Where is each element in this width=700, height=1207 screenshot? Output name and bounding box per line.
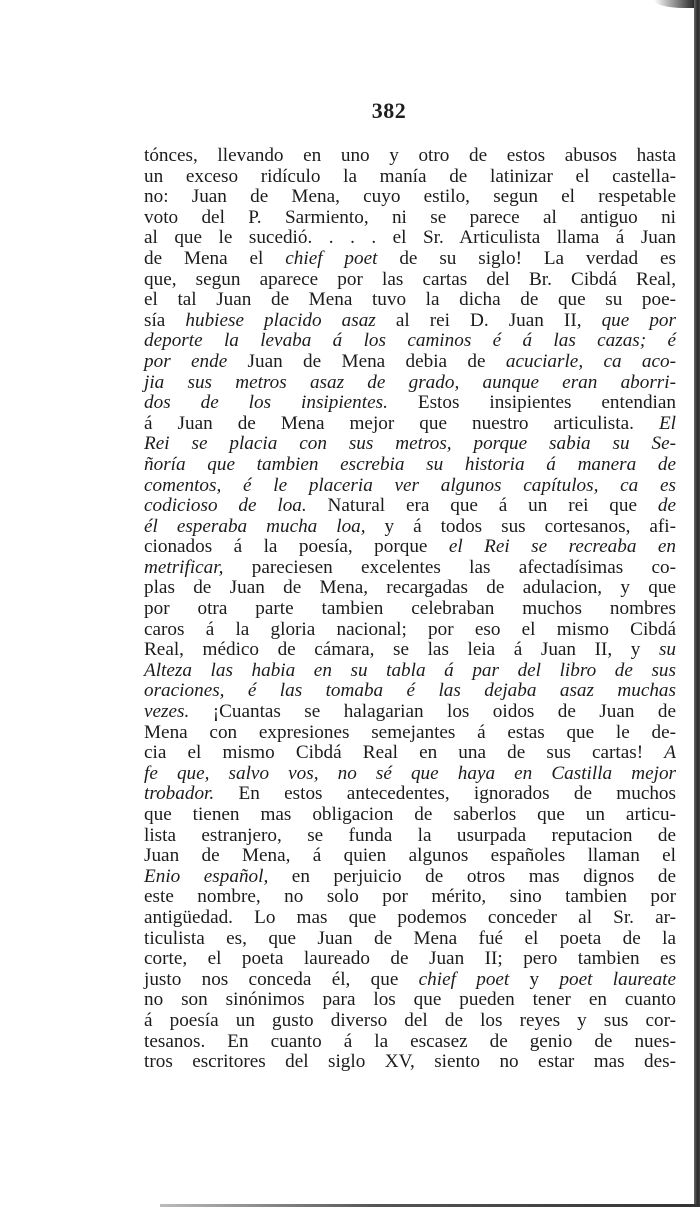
text-segment: en perjuicio de otros mas dignos de	[268, 866, 676, 887]
text-segment: al rei D. Juan II,	[376, 310, 602, 331]
text-line: fe que, salvo vos, no sé que haya en Cas…	[144, 764, 676, 785]
italic-text: dos de los insipientes.	[144, 392, 388, 413]
text-segment: ticulista es, que Juan de Mena fué el po…	[144, 928, 676, 949]
text-line: trobador. En estos antecedentes, ignorad…	[144, 784, 676, 805]
italic-text: metrificar,	[144, 557, 223, 578]
text-segment: En estos antecedentes, ignorados de much…	[214, 783, 676, 804]
text-line: ñoría que tambien escrebia su historia á…	[144, 455, 676, 476]
text-line: al que le sucedió. . . . el Sr. Articuli…	[144, 228, 676, 249]
text-line: caros á la gloria nacional; por eso el m…	[144, 620, 676, 641]
italic-text: chief poet	[285, 248, 377, 269]
text-segment: no son sinónimos para los que pueden ten…	[144, 989, 676, 1010]
text-line: no son sinónimos para los que pueden ten…	[144, 990, 676, 1011]
scan-edge-corner	[654, 0, 694, 8]
italic-text: por ende	[144, 351, 227, 372]
scan-edge-right	[694, 0, 700, 1207]
italic-text: vezes.	[144, 701, 189, 722]
text-line: este nombre, no solo por mérito, sino ta…	[144, 887, 676, 908]
text-segment: ¡Cuantas se halagarian los oidos de Juan…	[189, 701, 676, 722]
text-segment: cia el mismo Cibdá Real en una de sus ca…	[144, 742, 664, 763]
italic-text: Rei se placia con sus metros, porque sab…	[144, 433, 676, 454]
text-segment: Mena con expresiones semejantes á estas …	[144, 722, 676, 743]
text-segment: Real, médico de cámara, se las leia á Ju…	[144, 639, 659, 660]
italic-text: El	[659, 413, 676, 434]
text-segment: plas de Juan de Mena, recargadas de adul…	[144, 577, 676, 598]
text-segment: Juan de Mena debia de	[227, 351, 506, 372]
text-segment: antigüedad. Lo mas que podemos conceder …	[144, 907, 676, 928]
text-segment: este nombre, no solo por mérito, sino ta…	[144, 886, 676, 907]
text-line: antigüedad. Lo mas que podemos conceder …	[144, 908, 676, 929]
text-line: á poesía un gusto diverso del de los rey…	[144, 1011, 676, 1032]
text-line: Alteza las habia en su tabla á par del l…	[144, 661, 676, 682]
text-segment: cionados á la poesía, porque	[144, 536, 449, 557]
text-segment: el tal Juan de Mena tuvo la dicha de que…	[144, 289, 676, 310]
page-number: 382	[0, 98, 700, 124]
text-segment: un exceso ridículo la manía de latinizar…	[144, 166, 676, 187]
italic-text: trobador.	[144, 783, 214, 804]
book-page: 382 tónces, llevando en uno y otro de es…	[0, 0, 700, 1207]
text-line: Juan de Mena, á quien algunos españoles …	[144, 846, 676, 867]
text-segment: justo nos conceda él, que	[144, 969, 419, 990]
italic-text: Alteza las habia en su tabla á par del l…	[144, 660, 676, 681]
text-segment: de Mena el	[144, 248, 285, 269]
text-line: tónces, llevando en uno y otro de estos …	[144, 146, 676, 167]
text-segment: tros escritores del siglo XV, siento no …	[144, 1051, 676, 1072]
text-segment: lista estranjero, se funda la usurpada r…	[144, 825, 676, 846]
text-segment: á Juan de Mena mejor que nuestro articul…	[144, 413, 659, 434]
text-line: á Juan de Mena mejor que nuestro articul…	[144, 414, 676, 435]
text-segment: voto del P. Sarmiento, ni se parece al a…	[144, 207, 676, 228]
italic-text: jia sus metros asaz de grado, aunque era…	[144, 372, 676, 393]
text-segment: Juan de Mena, á quien algunos españoles …	[144, 845, 676, 866]
italic-text: él esperaba mucha loa,	[144, 516, 366, 537]
italic-text: acuciarle, ca aco-	[506, 351, 676, 372]
text-segment: que, segun aparece por las cartas del Br…	[144, 269, 676, 290]
text-line: ticulista es, que Juan de Mena fué el po…	[144, 929, 676, 950]
text-line: Real, médico de cámara, se las leia á Ju…	[144, 640, 676, 661]
text-line: lista estranjero, se funda la usurpada r…	[144, 826, 676, 847]
text-segment: Natural era que á un rei que	[307, 495, 658, 516]
italic-text: deporte la levaba á los caminos é á las …	[144, 330, 676, 351]
italic-text: chief poet	[419, 969, 510, 990]
italic-text: ñoría que tambien escrebia su historia á…	[144, 454, 676, 475]
text-line: por otra parte tambien celebraban muchos…	[144, 599, 676, 620]
text-line: el tal Juan de Mena tuvo la dicha de que…	[144, 290, 676, 311]
text-line: cia el mismo Cibdá Real en una de sus ca…	[144, 743, 676, 764]
text-segment: á poesía un gusto diverso del de los rey…	[144, 1010, 676, 1031]
text-line: jia sus metros asaz de grado, aunque era…	[144, 373, 676, 394]
text-line: que tienen mas obligacion de saberlos qu…	[144, 805, 676, 826]
text-line: plas de Juan de Mena, recargadas de adul…	[144, 578, 676, 599]
text-line: dos de los insipientes. Estos insipiente…	[144, 393, 676, 414]
text-segment: y	[509, 969, 559, 990]
text-line: vezes. ¡Cuantas se halagarian los oidos …	[144, 702, 676, 723]
text-segment: de su siglo! La verdad es	[377, 248, 676, 269]
text-line: metrificar, pareciesen excelentes las af…	[144, 558, 676, 579]
text-line: un exceso ridículo la manía de latinizar…	[144, 167, 676, 188]
italic-text: oraciones, é las tomaba é las dejaba asa…	[144, 680, 676, 701]
italic-text: el Rei se recreaba en	[449, 536, 676, 557]
text-segment: al que le sucedió. . . . el Sr. Articuli…	[144, 227, 676, 248]
text-line: por ende Juan de Mena debia de acuciarle…	[144, 352, 676, 373]
italic-text: codicioso de loa.	[144, 495, 307, 516]
text-line: que, segun aparece por las cartas del Br…	[144, 270, 676, 291]
text-line: comentos, é le placeria ver algunos capí…	[144, 476, 676, 497]
text-line: oraciones, é las tomaba é las dejaba asa…	[144, 681, 676, 702]
text-segment: que tienen mas obligacion de saberlos qu…	[144, 804, 676, 825]
italic-text: su	[659, 639, 676, 660]
text-segment: Estos insipientes entendian	[388, 392, 676, 413]
text-line: cionados á la poesía, porque el Rei se r…	[144, 537, 676, 558]
text-line: tros escritores del siglo XV, siento no …	[144, 1052, 676, 1073]
text-line: él esperaba mucha loa, y á todos sus cor…	[144, 517, 676, 538]
text-segment: caros á la gloria nacional; por eso el m…	[144, 619, 676, 640]
text-line: Mena con expresiones semejantes á estas …	[144, 723, 676, 744]
italic-text: de	[658, 495, 676, 516]
text-segment: no: Juan de Mena, cuyo estilo, segun el …	[144, 186, 676, 207]
text-line: voto del P. Sarmiento, ni se parece al a…	[144, 208, 676, 229]
italic-text: fe que, salvo vos, no sé que haya en Cas…	[144, 763, 676, 784]
text-line: corte, el poeta laureado de Juan II; per…	[144, 949, 676, 970]
italic-text: A	[664, 742, 676, 763]
italic-text: que por	[602, 310, 676, 331]
text-line: sía hubiese placido asaz al rei D. Juan …	[144, 311, 676, 332]
text-line: deporte la levaba á los caminos é á las …	[144, 331, 676, 352]
italic-text: hubiese placido asaz	[185, 310, 375, 331]
text-line: tesanos. En cuanto á la escasez de genio…	[144, 1032, 676, 1053]
text-segment: corte, el poeta laureado de Juan II; per…	[144, 948, 676, 969]
italic-text: Enio español,	[144, 866, 268, 887]
text-segment: por otra parte tambien celebraban muchos…	[144, 598, 676, 619]
text-line: Rei se placia con sus metros, porque sab…	[144, 434, 676, 455]
italic-text: poet laureate	[559, 969, 676, 990]
text-segment: tesanos. En cuanto á la escasez de genio…	[144, 1031, 676, 1052]
body-text: tónces, llevando en uno y otro de estos …	[144, 146, 676, 1073]
text-line: no: Juan de Mena, cuyo estilo, segun el …	[144, 187, 676, 208]
text-segment: sía	[144, 310, 185, 331]
text-line: Enio español, en perjuicio de otros mas …	[144, 867, 676, 888]
text-line: justo nos conceda él, que chief poet y p…	[144, 970, 676, 991]
text-segment: pareciesen excelentes las afectadísimas …	[223, 557, 676, 578]
text-line: codicioso de loa. Natural era que á un r…	[144, 496, 676, 517]
text-segment: tónces, llevando en uno y otro de estos …	[144, 145, 676, 166]
text-segment: y á todos sus cortesanos, afi-	[366, 516, 676, 537]
text-line: de Mena el chief poet de su siglo! La ve…	[144, 249, 676, 270]
italic-text: comentos, é le placeria ver algunos capí…	[144, 475, 676, 496]
